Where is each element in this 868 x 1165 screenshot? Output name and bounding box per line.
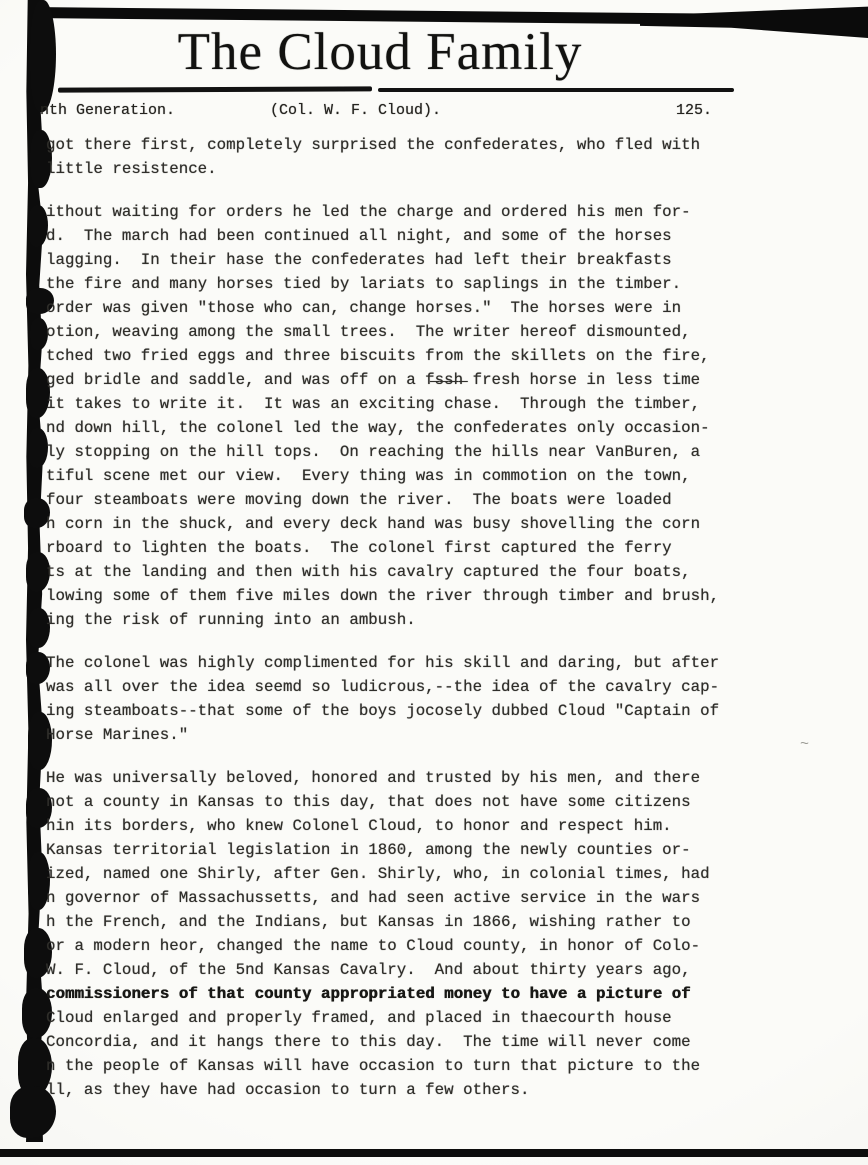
text-line: ts at the landing and then with his cava… (46, 560, 762, 584)
text-line: order was given "those who can, change h… (46, 296, 762, 320)
text-line: The colonel was highly complimented for … (46, 651, 762, 675)
scan-ink-blob (28, 205, 48, 247)
paragraph: The colonel was highly complimented for … (46, 651, 762, 747)
text-line: hin its borders, who knew Colonel Cloud,… (46, 814, 762, 838)
text-line: ll, as they have had occasion to turn a … (46, 1078, 762, 1102)
paragraph: ithout waiting for orders he led the cha… (46, 200, 762, 632)
text-line: the fire and many horses tied by lariats… (46, 272, 762, 296)
scan-artifact-tilde: ~ (800, 736, 809, 753)
header-generation: nth Generation. (40, 102, 175, 119)
title-rule-right (378, 88, 734, 92)
text-line: little resistence. (46, 157, 762, 181)
scan-border-bottom (0, 1149, 868, 1157)
text-line: tched two fried eggs and three biscuits … (46, 344, 762, 368)
text-line: n governor of Massachussetts, and had se… (46, 886, 762, 910)
text-line: lowing some of them five miles down the … (46, 584, 762, 608)
title-rule-left (58, 86, 372, 92)
text-line: commissioners of that county appropriate… (46, 982, 762, 1006)
document-body: got there first, completely surprised th… (46, 133, 762, 1121)
text-line: rboard to lighten the boats. The colonel… (46, 536, 762, 560)
text-line: otion, weaving among the small trees. Th… (46, 320, 762, 344)
scan-ink-blob (30, 0, 56, 112)
text-line: ly stopping on the hill tops. On reachin… (46, 440, 762, 464)
header-colonel-name: (Col. W. F. Cloud). (270, 102, 441, 119)
page-number: 125. (676, 102, 712, 119)
text-line: Horse Marines." (46, 723, 762, 747)
text-line: Cloud enlarged and properly framed, and … (46, 1006, 762, 1030)
text-line: was all over the idea seemd so ludicrous… (46, 675, 762, 699)
text-line: h corn in the shuck, and every deck hand… (46, 512, 762, 536)
text-line: He was universally beloved, honored and … (46, 766, 762, 790)
paragraph: got there first, completely surprised th… (46, 133, 762, 181)
text-line: not a county in Kansas to this day, that… (46, 790, 762, 814)
text-line: W. F. Cloud, of the 5nd Kansas Cavalry. … (46, 958, 762, 982)
text-line: got there first, completely surprised th… (46, 133, 762, 157)
text-line: d. The march had been continued all nigh… (46, 224, 762, 248)
text-line: tiful scene met our view. Every thing wa… (46, 464, 762, 488)
text-line: ged bridle and saddle, and was off on a … (46, 368, 762, 392)
paragraph: He was universally beloved, honored and … (46, 766, 762, 1102)
text-line: lagging. In their hase the confederates … (46, 248, 762, 272)
text-line: ized, named one Shirly, after Gen. Shirl… (46, 862, 762, 886)
scan-ink-blob (28, 428, 48, 468)
scan-border-top-wedge (640, 6, 868, 38)
text-line: ithout waiting for orders he led the cha… (46, 200, 762, 224)
text-line: Kansas territorial legislation in 1860, … (46, 838, 762, 862)
text-line: n the people of Kansas will have occasio… (46, 1054, 762, 1078)
text-line: ing the risk of running into an ambush. (46, 608, 762, 632)
text-line: nd down hill, the colonel led the way, t… (46, 416, 762, 440)
page-title: The Cloud Family (170, 22, 590, 82)
text-line: h the French, and the Indians, but Kansa… (46, 910, 762, 934)
scanned-page: The Cloud Family nth Generation. (Col. W… (0, 0, 868, 1165)
text-line: or a modern heor, changed the name to Cl… (46, 934, 762, 958)
text-line: four steamboats were moving down the riv… (46, 488, 762, 512)
text-line: it takes to write it. It was an exciting… (46, 392, 762, 416)
text-line: Concordia, and it hangs there to this da… (46, 1030, 762, 1054)
text-line: ing steamboats--that some of the boys jo… (46, 699, 762, 723)
